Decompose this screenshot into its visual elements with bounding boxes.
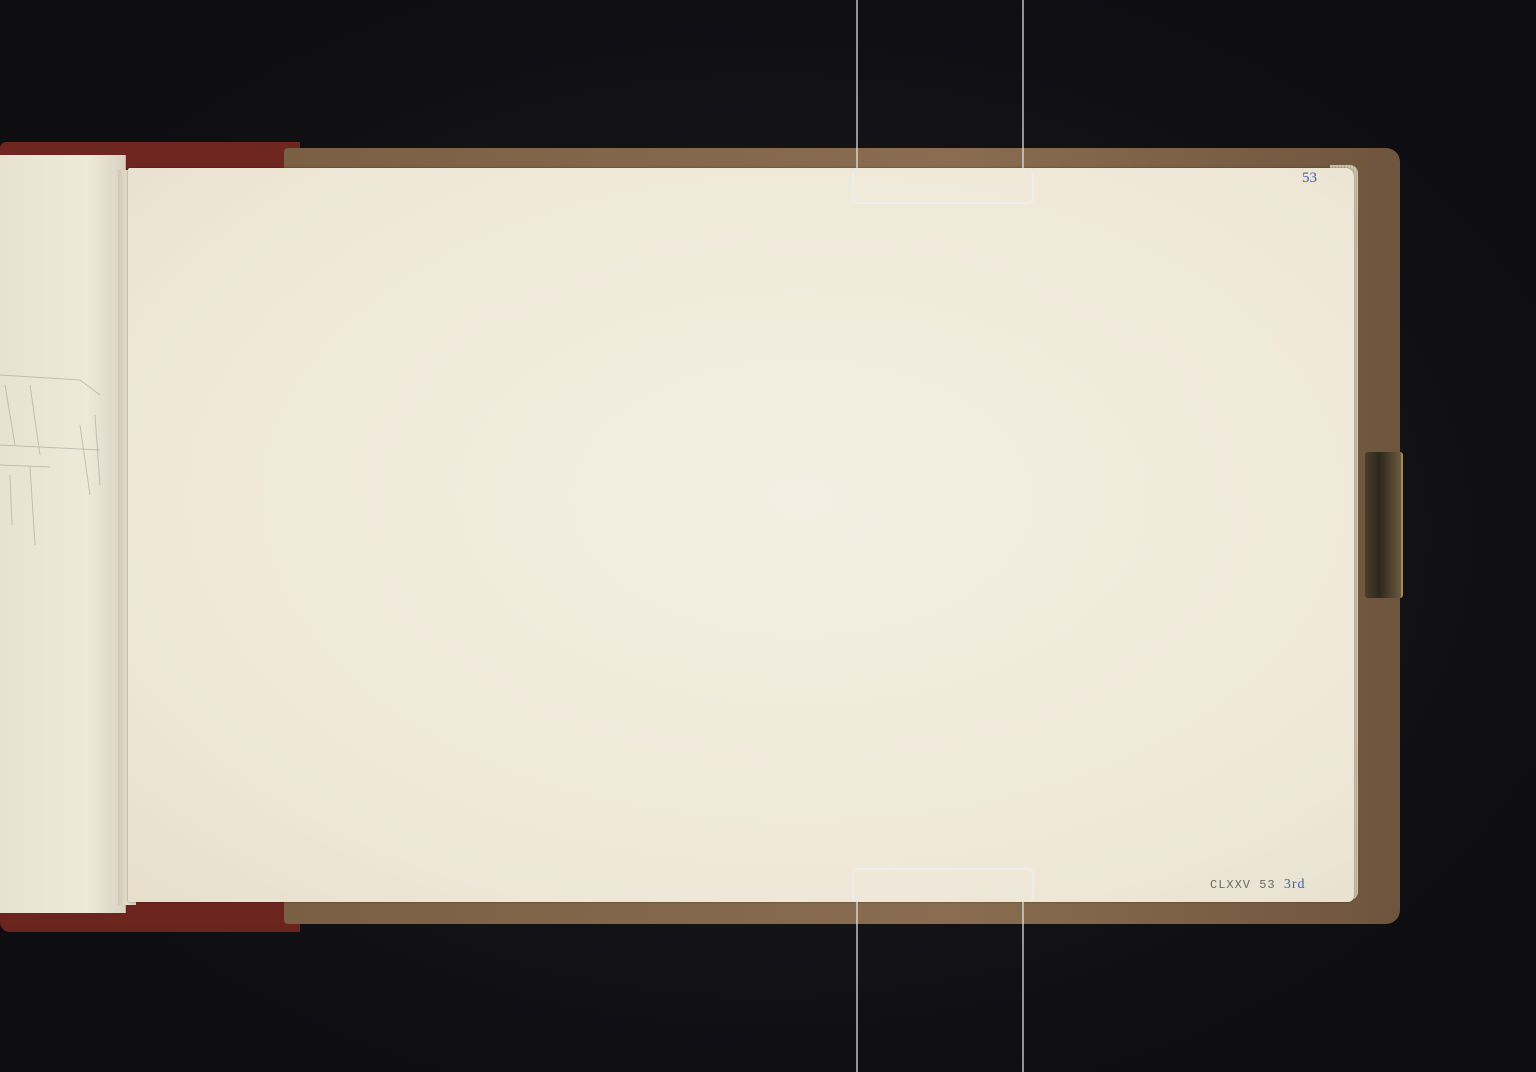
bottom-page-clip — [852, 868, 1034, 902]
folio-number: 53 — [1302, 170, 1317, 187]
pencil-sketch — [0, 355, 110, 565]
inventory-number: CLXXV 53 — [1210, 878, 1276, 892]
clip-wire — [856, 0, 858, 172]
inventory-suffix: 3rd — [1284, 877, 1306, 892]
inventory-label: CLXXV 53 3rd — [1210, 877, 1305, 893]
top-page-clip — [852, 170, 1034, 204]
metal-clasp — [1365, 452, 1403, 598]
left-page — [0, 155, 126, 913]
clip-wire — [1022, 0, 1024, 172]
right-page — [128, 168, 1354, 902]
clip-wire — [1022, 898, 1024, 1072]
clip-wire — [856, 898, 858, 1072]
